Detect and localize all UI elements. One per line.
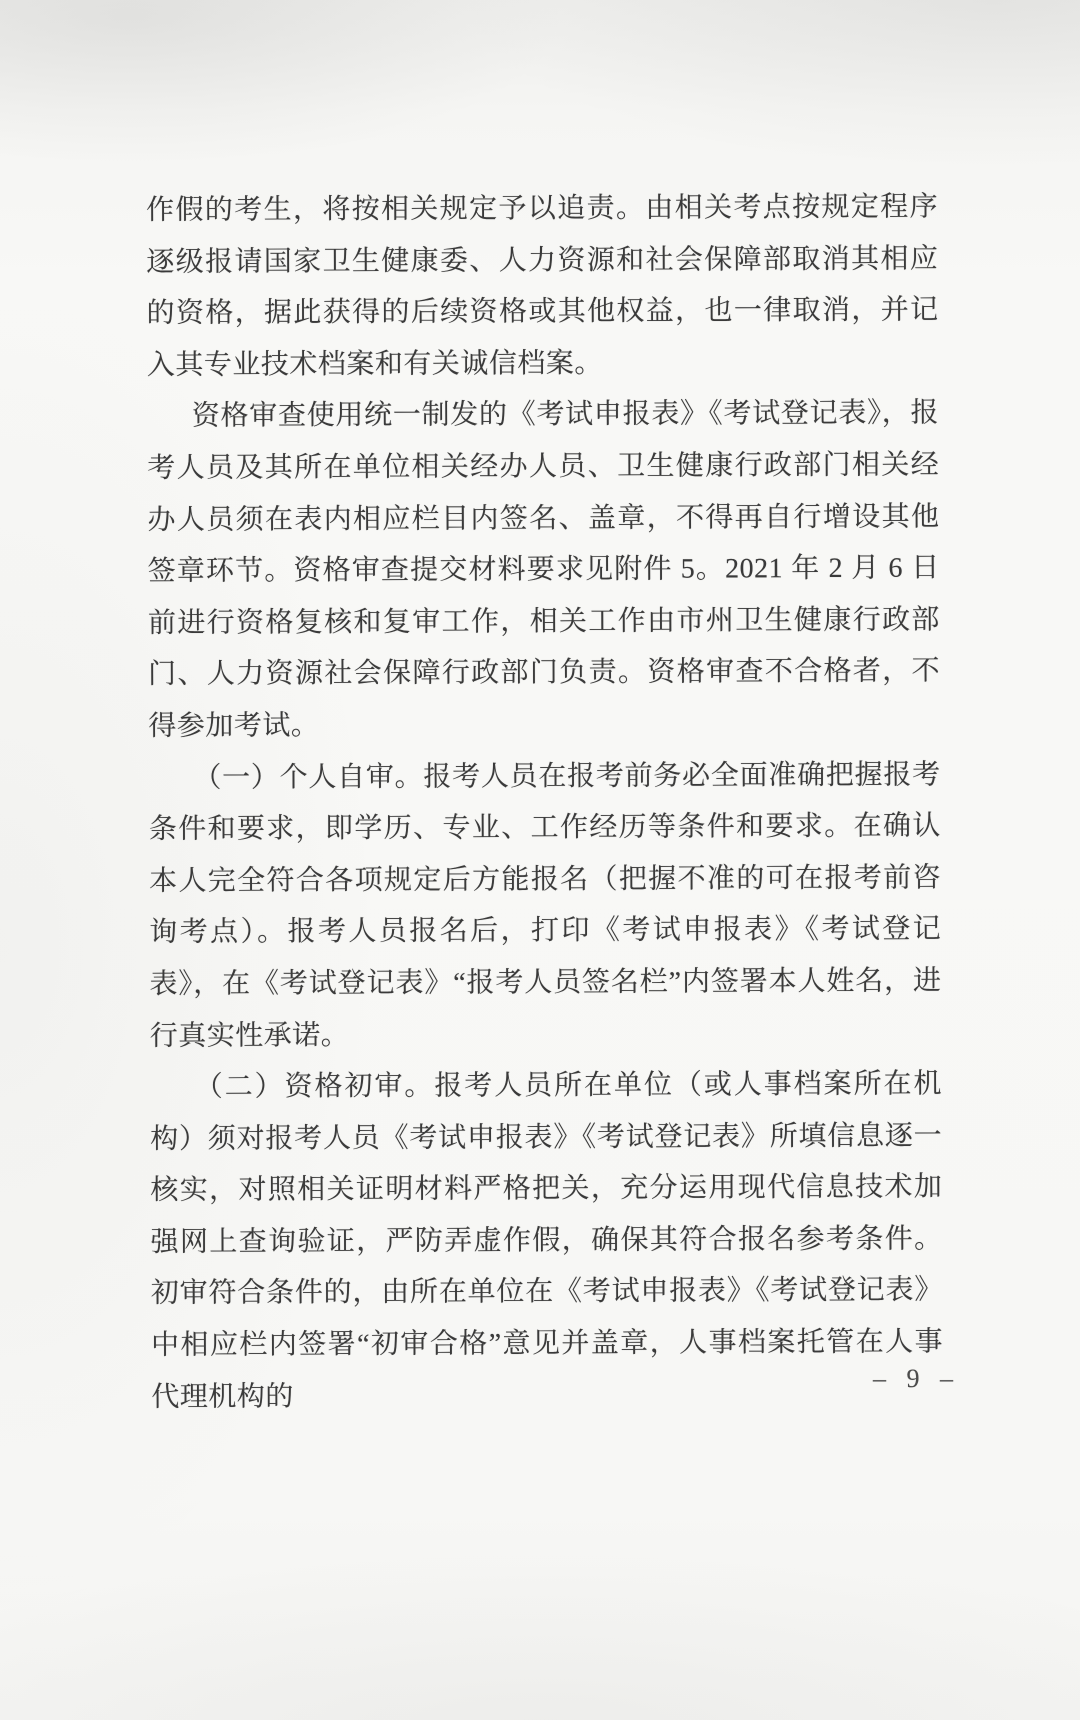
- page-number: – 9 –: [873, 1364, 960, 1394]
- scanned-document-page: 作假的考生，将按相关规定予以追责。由相关考点按规定程序逐级报请国家卫生健康委、人…: [0, 0, 1080, 1720]
- paragraph-item-1-self-review: （一）个人自审。报考人员在报考前务必全面准确把握报考条件和要求，即学历、专业、工…: [148, 749, 941, 1062]
- paragraph-qualification-review: 资格审查使用统一制发的《考试申报表》《考试登记表》，报考人员及其所在单位相关经办…: [147, 388, 941, 753]
- paragraph-item-2-initial-review: （二）资格初审。报考人员所在单位（或人事档案所在机构）须对报考人员《考试申报表》…: [150, 1059, 944, 1424]
- paragraph-continuation: 作假的考生，将按相关规定予以追责。由相关考点按规定程序逐级报请国家卫生健康委、人…: [146, 182, 939, 392]
- document-body-text: 作假的考生，将按相关规定予以追责。由相关考点按规定程序逐级报请国家卫生健康委、人…: [146, 182, 943, 1424]
